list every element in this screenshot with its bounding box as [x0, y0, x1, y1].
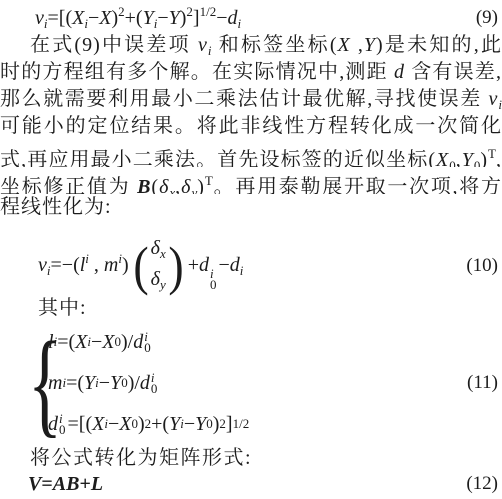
equation-10: vi=−(li , mi)(δxδy)+di0−di (10): [0, 237, 502, 295]
paragraph-line: 可能小的定位结果。将此非线性方程转化成一次简化形: [0, 113, 502, 140]
paragraph-line: 在式(9)中误差项 vi 和标签坐标(X ,Y)是未知的,此: [0, 32, 502, 59]
equation-11-lines: li=(Xi−X0)/di0 mi=(Yi−Y0)/di0 di0=[(Xi−X…: [48, 322, 249, 445]
equation-12-number: (12): [466, 473, 498, 495]
equation-10-number: (10): [466, 255, 498, 277]
where-label: 其中:: [0, 295, 502, 321]
paragraph-line: 那么就需要利用最小二乘法估计最优解,寻找使误差 vi 尽: [0, 86, 502, 113]
equation-11-line: li=(Xi−X0)/di0: [48, 322, 249, 363]
left-brace: {: [28, 321, 40, 445]
equation-11-line: mi=(Yi−Y0)/di0: [48, 363, 249, 404]
paragraph-line: 程线性化为:: [0, 194, 502, 221]
equation-9-formula: vi=[(Xi−X)2+(Yi−Y)2]1/2−di: [35, 4, 241, 32]
paper-page: vi=[(Xi−X)2+(Yi−Y)2]1/2−di (9) 在式(9)中误差项…: [0, 4, 502, 499]
paragraph-line: 式,再应用最小二乘法。首先设标签的近似坐标(X0,Y0)T,: [0, 140, 502, 167]
equation-11-line: di0=[(Xi−X0)2+(Yi−Y0)2]1/2: [48, 404, 249, 445]
equation-11-number: (11): [467, 372, 498, 394]
equation-12-formula: V=AB+L: [28, 473, 103, 496]
paragraph-line: 坐标修正值为 B(δx,δy)T。再用泰勒展开取一次项,将方: [0, 167, 502, 194]
equation-12: V=AB+L (12): [0, 471, 502, 497]
equation-9-number: (9): [476, 7, 498, 29]
equation-11: { li=(Xi−X0)/di0 mi=(Yi−Y0)/di0 di0=[(Xi…: [0, 321, 502, 445]
matrix-intro-label: 将公式转化为矩阵形式:: [0, 447, 502, 469]
equation-9: vi=[(Xi−X)2+(Yi−Y)2]1/2−di (9): [0, 4, 502, 32]
body-paragraph: 在式(9)中误差项 vi 和标签坐标(X ,Y)是未知的,此 时的方程组有多个解…: [0, 32, 502, 221]
equation-10-formula: vi=−(li , mi)(δxδy)+di0−di: [38, 238, 243, 295]
paragraph-line: 时的方程组有多个解。在实际情况中,测距 d 含有误差,: [0, 59, 502, 86]
